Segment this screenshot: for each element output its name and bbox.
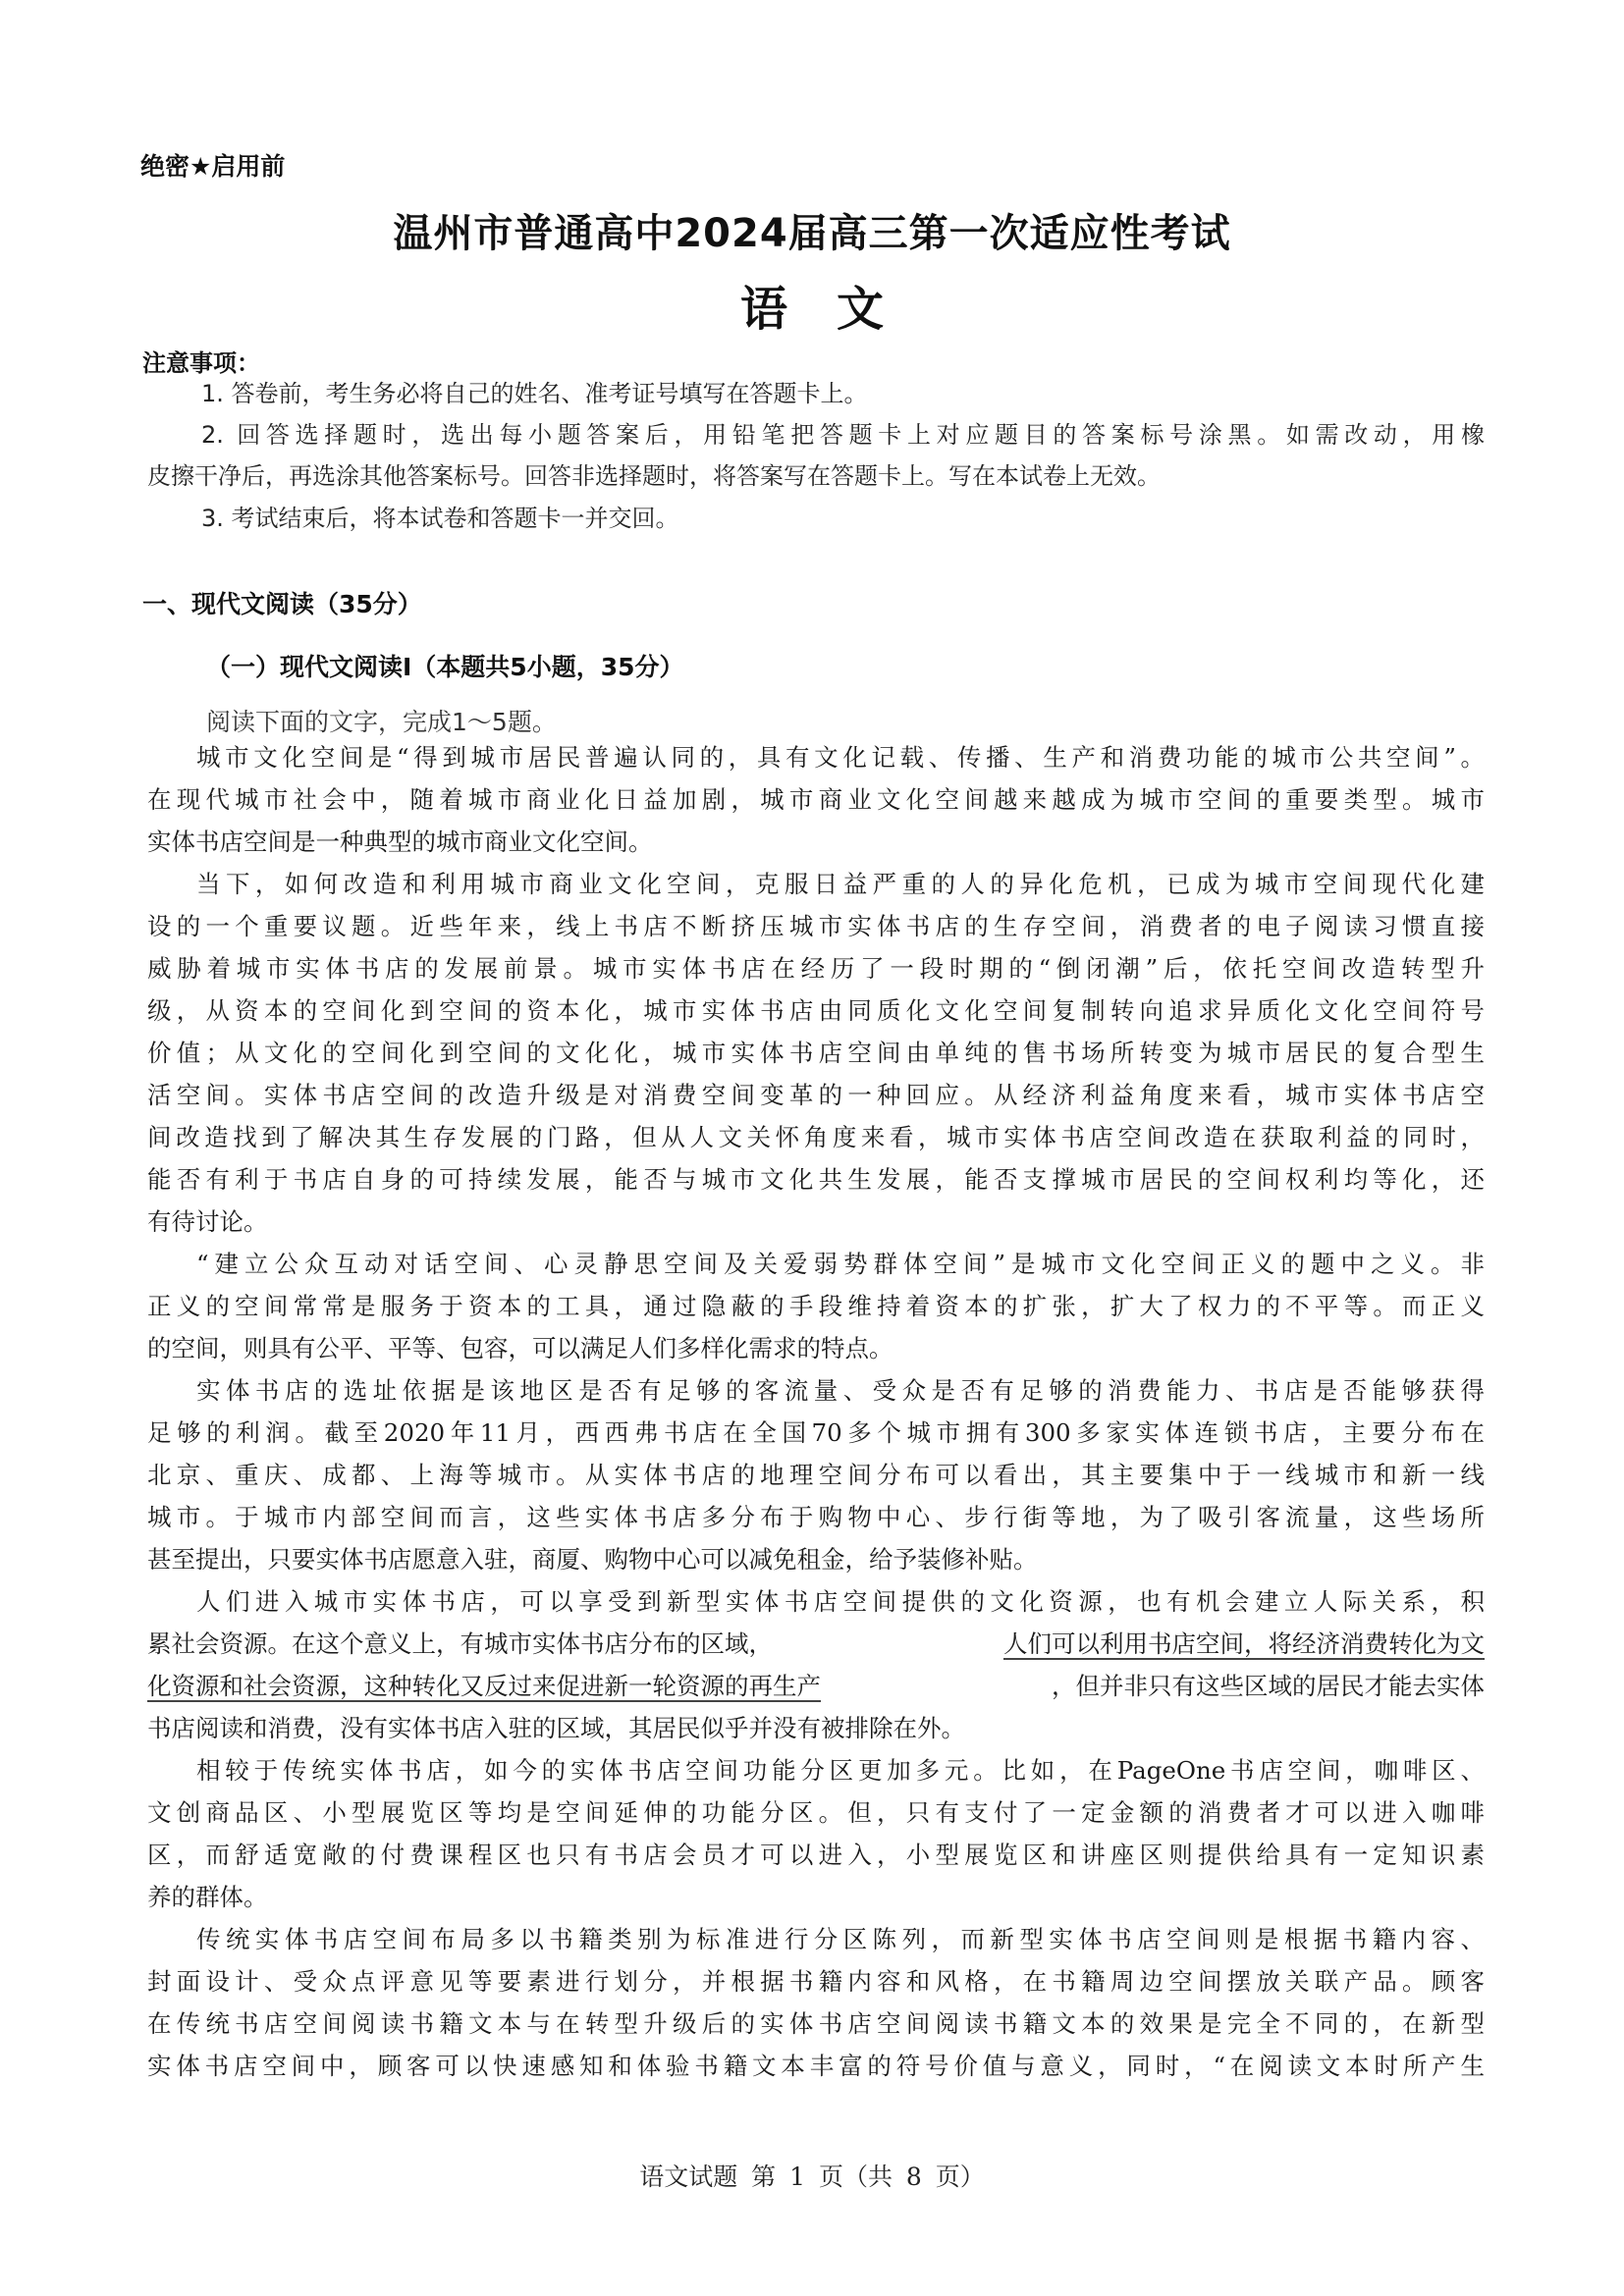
passage-line: 间改造找到了解决其生存发展的门路，但从人文关怀角度来看，城市实体书店空间改造在获… [147,1123,1485,1152]
passage-line: 足够的利润。截至2020年11月，西西弗书店在全国70多个城市拥有300多家实体… [147,1418,1485,1448]
subject-char: 语 [740,282,787,337]
passage-line: 威胁着城市实体书店的发展前景。城市实体书店在经历了一段时期的“倒闭潮”后，依托空… [147,954,1485,984]
passage-line: 城市文化空间是“得到城市居民普遍认同的，具有文化记载、传播、生产和消费功能的城市… [196,743,1485,773]
passage-line: 北京、重庆、成都、上海等城市。从实体书店的地理空间分布可以看出，其主要集中于一线… [147,1461,1485,1490]
passage-text: 累社会资源。在这个意义上，有城市实体书店分布的区域， [147,1629,773,1659]
passage-line: 价值；从文化的空间化到空间的文化化，城市实体书店空间由单纯的售书场所转变为城市居… [147,1039,1485,1068]
passage-line: 正义的空间常常是服务于资本的工具，通过隐蔽的手段维持着资本的扩张，扩大了权力的不… [147,1292,1485,1321]
passage-line: 能否有利于书店自身的可持续发展，能否与城市文化共生发展，能否支撑城市居民的空间权… [147,1165,1485,1195]
passage-line: 的空间，则具有公平、平等、包容，可以满足人们多样化需求的特点。 [147,1334,1485,1363]
notice-item-2-cont: 皮擦干净后，再选涂其他答案标号。回答非选择题时，将答案写在答题卡上。写在本试卷上… [147,461,1485,491]
passage-line: 在传统书店空间阅读书籍文本与在转型升级后的实体书店空间阅读书籍文本的效果是完全不… [147,2009,1485,2039]
passage-text: ，但并非只有这些区域的居民才能去实体 [1052,1672,1485,1701]
exam-page: 绝密★启用前 温州市普通高中2024届高三第一次适应性考试 语文 注意事项： 1… [0,0,1624,2296]
passage-line: 化资源和社会资源，这种转化又反过来促进新一轮资源的再生产，但并非只有这些区域的居… [147,1672,1485,1701]
section-heading: 一、现代文阅读（35分） [142,585,422,620]
notice-heading: 注意事项： [142,344,260,378]
passage-line: 实体书店的选址依据是该地区是否有足够的客流量、受众是否有足够的消费能力、书店是否… [196,1376,1485,1406]
underlined-sentence: 人们可以利用书店空间，将经济消费转化为文 [1003,1629,1485,1659]
passage-line: 城市。于城市内部空间而言，这些实体书店多分布于购物中心、步行街等地，为了吸引客流… [147,1503,1485,1532]
passage-line: 在现代城市社会中，随着城市商业化日益加剧，城市商业文化空间越来越成为城市空间的重… [147,785,1485,815]
notice-item-2: 2. 回答选择题时，选出每小题答案后，用铅笔把答题卡上对应题目的答案标号涂黑。如… [201,420,1485,450]
passage-line: 实体书店空间是一种典型的城市商业文化空间。 [147,828,1485,857]
passage-line: 甚至提出，只要实体书店愿意入驻，商厦、购物中心可以减免租金，给予装修补贴。 [147,1545,1485,1575]
exam-title: 温州市普通高中2024届高三第一次适应性考试 [0,202,1624,258]
passage-line: 人们进入城市实体书店，可以享受到新型实体书店空间提供的文化资源，也有机会建立人际… [196,1587,1485,1617]
passage-line: 累社会资源。在这个意义上，有城市实体书店分布的区域，人们可以利用书店空间，将经济… [147,1629,1485,1659]
passage-line: 实体书店空间中，顾客可以快速感知和体验书籍文本丰富的符号价值与意义，同时，“在阅… [147,2052,1485,2081]
underlined-sentence: 化资源和社会资源，这种转化又反过来促进新一轮资源的再生产 [147,1672,821,1701]
passage-line: 活空间。实体书店空间的改造升级是对消费空间变革的一种回应。从经济利益角度来看，城… [147,1081,1485,1110]
passage-line: 相较于传统实体书店，如今的实体书店空间功能分区更加多元。比如，在PageOne书… [196,1756,1485,1786]
passage-line: 传统实体书店空间布局多以书籍类别为标准进行分区陈列，而新型实体书店空间则是根据书… [196,1925,1485,1954]
confidential-mark: 绝密★启用前 [140,147,285,183]
subsection-heading: （一）现代文阅读Ⅰ（本题共5小题，35分） [206,648,684,683]
subject-title: 语文 [0,271,1624,339]
passage-line: 当下，如何改造和利用城市商业文化空间，克服日益严重的人的异化危机，已成为城市空间… [196,870,1485,899]
subject-char: 文 [837,282,884,337]
passage-line: 封面设计、受众点评意见等要素进行划分，并根据书籍内容和风格，在书籍周边空间摆放关… [147,1967,1485,1997]
passage-line: 有待讨论。 [147,1207,1485,1237]
passage-line: 区，而舒适宽敞的付费课程区也只有书店会员才可以进入，小型展览区和讲座区则提供给具… [147,1841,1485,1870]
passage-line: 文创商品区、小型展览区等均是空间延伸的功能分区。但，只有支付了一定金额的消费者才… [147,1798,1485,1828]
passage-line: 级，从资本的空间化到空间的资本化，城市实体书店由同质化文化空间复制转向追求异质化… [147,996,1485,1026]
passage-line: “建立公众互动对话空间、心灵静思空间及关爱弱势群体空间”是城市文化空间正义的题中… [196,1250,1485,1279]
page-footer: 语文试题 第 1 页（共 8 页） [0,2158,1624,2193]
reading-instruction: 阅读下面的文字，完成1～5题。 [206,703,557,738]
notice-item-3: 3. 考试结束后，将本试卷和答题卡一并交回。 [201,504,1489,533]
passage-line: 设的一个重要议题。近些年来，线上书店不断挤压城市实体书店的生存空间，消费者的电子… [147,912,1485,941]
passage-line: 书店阅读和消费，没有实体书店入驻的区域，其居民似乎并没有被排除在外。 [147,1714,1485,1743]
notice-item-1: 1. 答卷前，考生务必将自己的姓名、准考证号填写在答题卡上。 [201,379,1489,408]
passage-line: 养的群体。 [147,1883,1485,1912]
